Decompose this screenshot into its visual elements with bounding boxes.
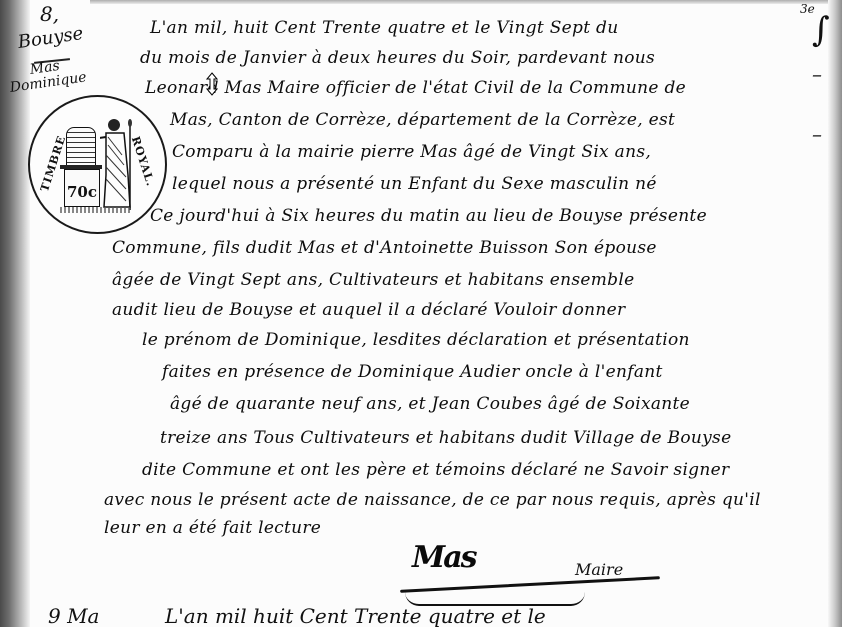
stamp-base [60, 207, 132, 213]
text-line-7: Ce jourd'hui à Six heures du matin au li… [150, 206, 707, 226]
royal-stamp: TIMBRE ROYAL. 70c [28, 95, 167, 234]
text-line-11: le prénom de Dominique, lesdites déclara… [142, 330, 690, 350]
text-line-15: dite Commune et ont les père et témoins … [142, 460, 729, 480]
text-line-5: Comparu à la mairie pierre Mas âgé de Vi… [172, 142, 651, 162]
margin-mark-dash-2: – [812, 122, 822, 146]
text-line-1: L'an mil, huit Cent Trente quatre et le … [150, 18, 618, 38]
mayor-signature: Mas [412, 540, 476, 575]
signature-flourish [400, 576, 660, 593]
text-line-13: âgé de quarante neuf ans, et Jean Coubes… [170, 394, 690, 414]
next-record-number: 9 Ma [48, 604, 99, 627]
text-line-2: du mois de Janvier à deux heures du Soir… [140, 48, 655, 68]
text-line-6: lequel nous a présenté un Enfant du Sexe… [172, 174, 657, 194]
margin-mark-dash-1: – [812, 62, 822, 86]
page-top-edge [90, 0, 842, 4]
text-line-16: avec nous le présent acte de naissance, … [104, 490, 761, 510]
page-right-shadow [828, 0, 842, 627]
text-line-14: treize ans Tous Cultivateurs et habitans… [160, 428, 731, 448]
text-line-8: Commune, fils dudit Mas et d'Antoinette … [112, 238, 657, 258]
vertical-resize-cursor-icon [206, 72, 218, 96]
text-line-3: Leonard Mas Maire officier de l'état Civ… [145, 78, 686, 98]
text-line-17: leur en a été fait lecture [104, 518, 321, 538]
law-tablets-icon [66, 127, 96, 167]
signature-suffix: Maire [575, 560, 623, 579]
next-record-first-line: L'an mil huit Cent Trente quatre et le [165, 604, 546, 627]
text-line-4: Mas, Canton de Corrèze, département de l… [170, 110, 675, 130]
allegorical-figure-icon [100, 115, 134, 215]
text-line-10: audit lieu de Bouyse et auquel il a décl… [112, 300, 625, 320]
stamp-value: 70c [67, 183, 97, 201]
text-line-12: faites en présence de Dominique Audier o… [162, 362, 663, 382]
record-number: 8, [40, 2, 59, 26]
text-line-9: âgée de Vingt Sept ans, Cultivateurs et … [112, 270, 634, 290]
scanned-document-page: 8, Bouyse Mas Dominique TIMBRE ROYAL. 70… [0, 0, 842, 627]
margin-mark-flourish: ∫ [812, 10, 830, 50]
